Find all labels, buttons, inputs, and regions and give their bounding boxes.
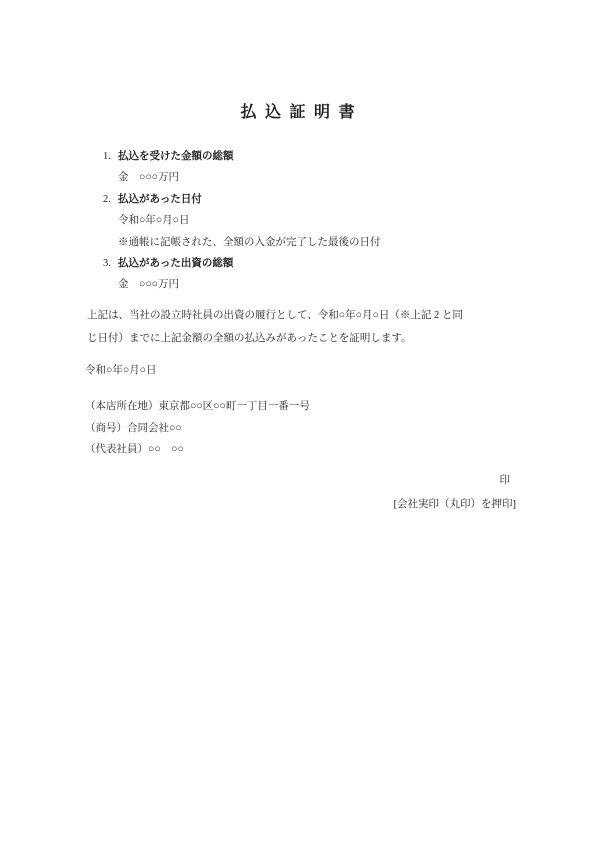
certification-paragraph-line1: 上記は、当社の設立時社員の出資の履行として、令和○年○月○日（※上記 2 と同 bbox=[87, 304, 463, 327]
item-value: 金 ○○○万円 bbox=[118, 167, 381, 188]
issuer-representative: （代表社員）○○ ○○ bbox=[85, 439, 310, 461]
list-item-payment-date: 2.払込があった日付 令和○年○月○日 ※通帳に記帳された、全額の入金が完了した… bbox=[85, 189, 381, 253]
issuer-company: （商号）合同会社○○ bbox=[85, 418, 310, 440]
document-title: 払込証明書 bbox=[0, 99, 595, 122]
issuer-block: （本店所在地）東京都○○区○○町一丁目一番一号 （商号）合同会社○○ （代表社員… bbox=[85, 396, 310, 461]
item-note: ※通帳に記帳された、全額の入金が完了した最後の日付 bbox=[118, 232, 381, 253]
certification-paragraph-line2: じ日付）までに上記金額の全額の払込みがあったことを証明します。 bbox=[87, 327, 463, 350]
item-number: 1. bbox=[103, 146, 118, 167]
item-heading: 払込を受けた金額の総額 bbox=[118, 151, 234, 162]
seal-mark: 印 bbox=[394, 469, 517, 493]
item-number: 2. bbox=[103, 189, 118, 210]
issuer-address: （本店所在地）東京都○○区○○町一丁目一番一号 bbox=[85, 396, 310, 418]
item-heading: 払込があった出資の総額 bbox=[118, 258, 233, 269]
payment-items-list: 1.払込を受けた金額の総額 金 ○○○万円 2.払込があった日付 令和○年○月○… bbox=[85, 146, 381, 296]
item-heading: 払込があった日付 bbox=[118, 194, 202, 205]
seal-instruction: [会社実印（丸印）を押印] bbox=[394, 493, 517, 517]
item-value: 金 ○○○万円 bbox=[118, 274, 381, 295]
issue-date: 令和○年○月○日 bbox=[85, 360, 157, 382]
list-item-amount-received: 1.払込を受けた金額の総額 金 ○○○万円 bbox=[85, 146, 381, 189]
item-heading-row: 3.払込があった出資の総額 bbox=[85, 253, 381, 274]
seal-block: 印 [会社実印（丸印）を押印] bbox=[394, 469, 517, 516]
item-heading-row: 1.払込を受けた金額の総額 bbox=[85, 146, 381, 167]
certification-paragraph: 上記は、当社の設立時社員の出資の履行として、令和○年○月○日（※上記 2 と同 … bbox=[87, 304, 463, 351]
list-item-capital-total: 3.払込があった出資の総額 金 ○○○万円 bbox=[85, 253, 381, 296]
item-value: 令和○年○月○日 bbox=[118, 210, 381, 231]
certificate-page: 払込証明書 1.払込を受けた金額の総額 金 ○○○万円 2.払込があった日付 令… bbox=[0, 0, 595, 841]
item-number: 3. bbox=[103, 253, 118, 274]
item-heading-row: 2.払込があった日付 bbox=[85, 189, 381, 210]
